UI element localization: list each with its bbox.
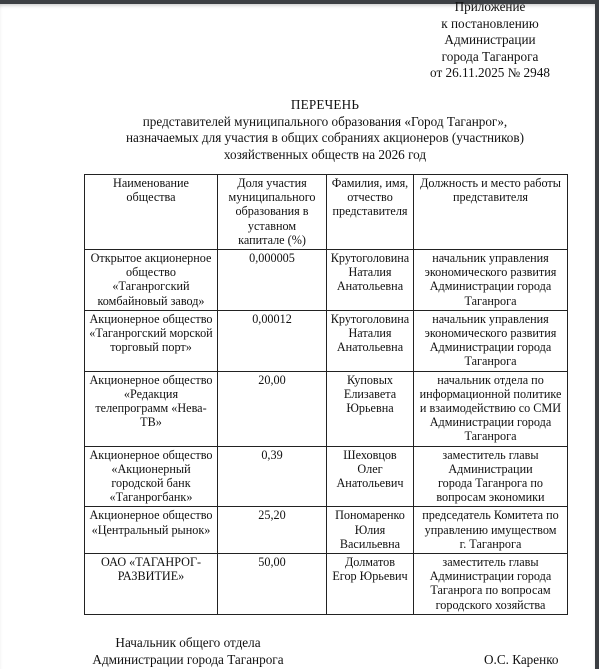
cell-share: 25,20 [218,507,327,554]
cell-position: заместитель главы Администрации города Т… [414,446,568,507]
cell-company: Акционерное общество «Таганрогский морск… [85,310,218,371]
appendix-line: Приложение [392,0,588,16]
header-share: Доля участия муниципального образования … [218,175,327,250]
appendix-decree-date: от 26.11.2025 № 2948 [392,65,588,82]
table-header-row: Наименование общества Доля участия муниц… [85,175,568,250]
cell-company: Акционерное общество «Центральный рынок» [85,507,218,554]
title-line: хозяйственных обществ на 2026 год [90,147,560,164]
table-row: Акционерное общество «Акционерный городс… [85,446,568,507]
table-row: Акционерное общество «Таганрогский морск… [85,310,568,371]
title-main: ПЕРЕЧЕНЬ [90,97,560,114]
appendix-header: Приложение к постановлению Администрации… [392,0,588,82]
title-line: представителей муниципального образовани… [90,114,560,131]
table-row: Акционерное общество «Редакция телепрогр… [85,371,568,446]
table-row: Акционерное общество «Центральный рынок»… [85,507,568,554]
cell-representative: Крутоголовина Наталия Анатольевна [327,250,414,311]
header-company: Наименование общества [85,175,218,250]
cell-company: Акционерное общество «Акционерный городс… [85,446,218,507]
title-line: назначаемых для участия в общих собрания… [90,130,560,147]
signatory-title-line: Администрации города Таганрога [84,651,292,668]
cell-share: 0,000005 [218,250,327,311]
signatory-name: О.С. Каренко [484,651,559,668]
cell-share: 0,00012 [218,310,327,371]
cell-position: заместитель главы Администрации города Т… [414,554,568,615]
table-row: Открытое акционерное общество «Таганрогс… [85,250,568,311]
cell-company: ОАО «ТАГАНРОГ- РАЗВИТИЕ» [85,554,218,615]
appendix-line: Администрации [392,32,588,49]
cell-company: Открытое акционерное общество «Таганрогс… [85,250,218,311]
cell-position: начальник управления экономического разв… [414,250,568,311]
document-title: ПЕРЕЧЕНЬ представителей муниципального о… [90,97,560,163]
header-position: Должность и место работы представителя [414,175,568,250]
representatives-table: Наименование общества Доля участия муниц… [84,174,568,615]
header-representative: Фамилия, имя, отчество представителя [327,175,414,250]
cell-representative: Шеховцов Олег Анатольевич [327,446,414,507]
document-page: Приложение к постановлению Администрации… [0,4,595,669]
appendix-line: города Таганрога [392,49,588,66]
cell-company: Акционерное общество «Редакция телепрогр… [85,371,218,446]
table-row: ОАО «ТАГАНРОГ- РАЗВИТИЕ» 50,00 Долматов … [85,554,568,615]
cell-representative: Пономаренко Юлия Васильевна [327,507,414,554]
cell-representative: Долматов Егор Юрьевич [327,554,414,615]
cell-representative: Куповых Елизавета Юрьевна [327,371,414,446]
cell-position: председатель Комитета по управлению имущ… [414,507,568,554]
signatory-title: Начальник общего отдела Администрации го… [84,634,292,668]
cell-share: 20,00 [218,371,327,446]
cell-position: начальник отдела по информационной полит… [414,371,568,446]
cell-representative: Крутоголовина Наталия Анатольевна [327,310,414,371]
cell-share: 50,00 [218,554,327,615]
signatory-title-line: Начальник общего отдела [84,634,292,651]
cell-share: 0,39 [218,446,327,507]
cell-position: начальник управления экономического разв… [414,310,568,371]
appendix-line: к постановлению [392,16,588,33]
